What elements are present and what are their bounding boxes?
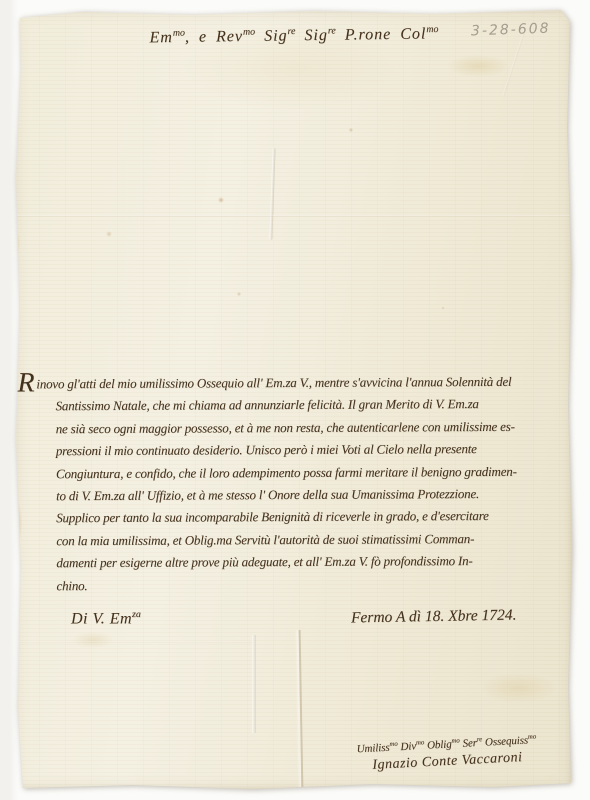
salutation-text: P.rone Col	[336, 25, 427, 43]
signature-title-text: Ser	[460, 737, 478, 750]
letter-line-text: inovo gl'atti del mio umilissimo Ossequi…	[36, 374, 511, 391]
closing-text: Di V. Em	[71, 610, 132, 627]
salutation-superscript: re	[328, 25, 336, 36]
closing-superscript: za	[132, 609, 141, 620]
closing-salutation: Di V. Emza	[71, 609, 141, 628]
signature-title-text: Umiliss	[356, 742, 390, 756]
salutation-text: Sig	[255, 27, 288, 44]
letter-line: ne sià seco ogni maggior possesso, et à …	[56, 415, 570, 440]
salutation-text: , e Rev	[185, 28, 243, 46]
salutation-superscript: mo	[173, 28, 185, 39]
signature-title-text: Div	[398, 740, 417, 753]
letter-line: to di V. Em.za all' Uffizio, et à me ste…	[56, 483, 570, 508]
letter-line: pressioni il mio continuato desiderio. U…	[56, 438, 570, 463]
letter-paper: Emmo, e Revmo Sigre Sigre P.rone Colmo 3…	[13, 8, 575, 792]
letter-line: Congiuntura, e confido, che il loro adem…	[56, 460, 570, 485]
salutation-superscript: mo	[426, 24, 438, 35]
letter-line: Santissimo Natale, che mi chiama ad annu…	[56, 393, 570, 418]
scan-background: Emmo, e Revmo Sigre Sigre P.rone Colmo 3…	[0, 0, 590, 800]
salutation-superscript: mo	[243, 27, 255, 38]
letter-line: chino.	[56, 572, 570, 597]
salutation-text: Em	[149, 29, 173, 46]
letter-line: Supplico per tanto la sua incomparabile …	[56, 505, 570, 530]
letter-line: Rinovo gl'atti del mio umilissimo Ossequ…	[17, 371, 569, 396]
salutation-text: Sig	[295, 27, 328, 44]
signature-title-text: Oblig	[424, 738, 452, 751]
letter-body: Rinovo gl'atti del mio umilissimo Ossequ…	[17, 371, 570, 598]
paper-shadow: Emmo, e Revmo Sigre Sigre P.rone Colmo 3…	[13, 8, 575, 792]
letter-line: con la mia umilissima, et Oblig.ma Servi…	[56, 527, 570, 552]
dateline: Fermo A dì 18. Xbre 1724.	[351, 607, 517, 628]
letter-line: damenti per esigerne altre prove più ade…	[56, 550, 570, 575]
catalog-number: 3-28-608	[471, 21, 551, 40]
signature-title-text: Ossequiss	[482, 734, 528, 748]
signature-superscript: mo	[528, 733, 537, 740]
